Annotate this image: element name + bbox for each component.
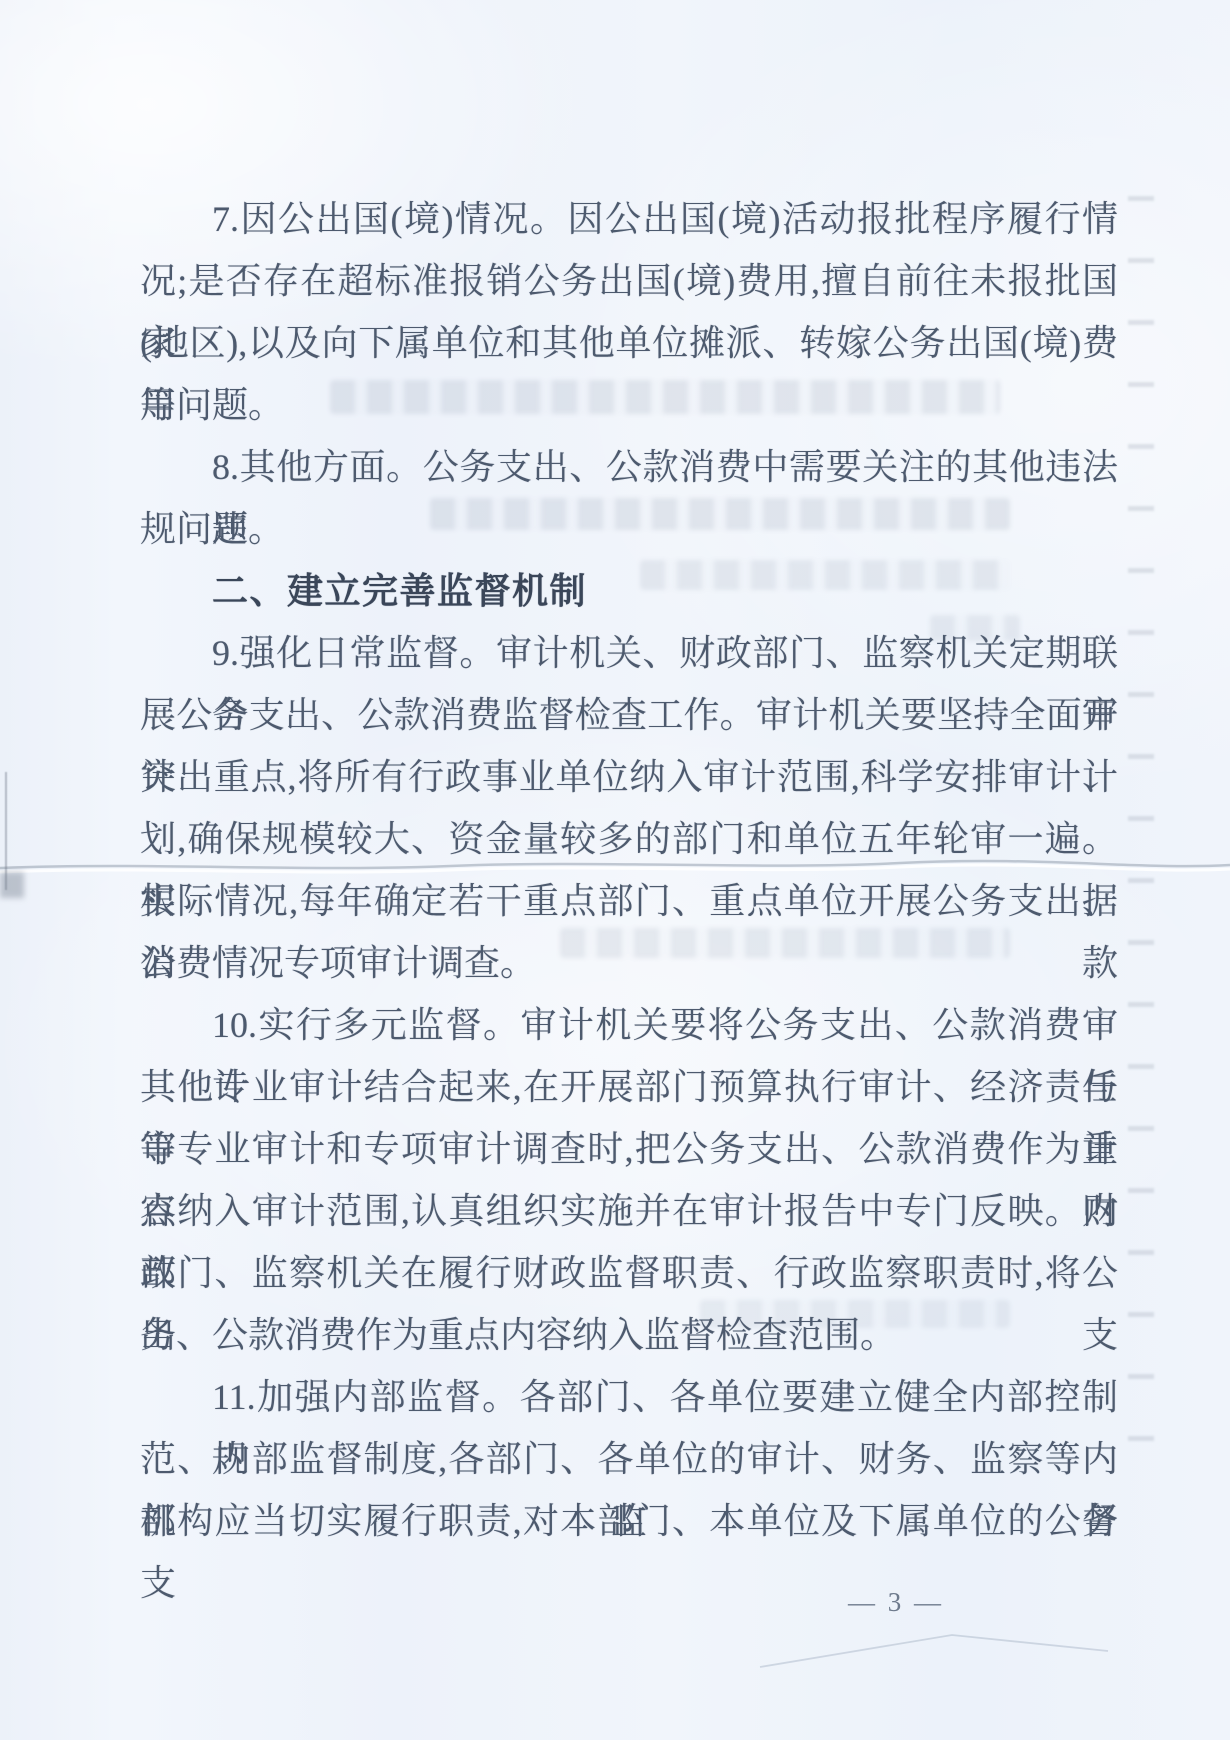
text-line: 11.加强内部监督。各部门、各单位要建立健全内部控制规 [140,1366,1118,1428]
text-line: 其他专业审计结合起来,在开展部门预算执行审计、经济责任审计 [140,1056,1118,1118]
scan-edge-artifact [0,872,24,898]
text-line: 划,确保规模较大、资金量较多的部门和单位五年轮审一遍。根据 [140,808,1118,870]
text-line: 况;是否存在超标准报销公务出国(境)费用,擅自前往未报批国家 [140,250,1118,312]
text-line: 8.其他方面。公务支出、公款消费中需要关注的其他违法违 [140,436,1118,498]
text-line: 机构应当切实履行职责,对本部门、本单位及下属单位的公务支 [140,1490,1118,1552]
section-heading: 二、建立完善监督机制 [140,560,1118,622]
text-line: 7.因公出国(境)情况。因公出国(境)活动报批程序履行情 [140,188,1118,250]
text-line: 等专业审计和专项审计调查时,把公务支出、公款消费作为重点内 [140,1118,1118,1180]
text-line: 9.强化日常监督。审计机关、财政部门、监察机关定期联合开 [140,622,1118,684]
scanned-document-page: 7.因公出国(境)情况。因公出国(境)活动报批程序履行情况;是否存在超标准报销公… [0,0,1230,1740]
text-line: 实际情况,每年确定若干重点部门、重点单位开展公务支出、公款 [140,870,1118,932]
text-line: 突出重点,将所有行政事业单位纳入审计范围,科学安排审计计 [140,746,1118,808]
text-line: 等问题。 [140,374,1118,436]
paper-fold [0,1615,1230,1685]
bleedthrough-margin-marks [1128,196,1154,1466]
text-line: 部门、监察机关在履行财政监督职责、行政监察职责时,将公务支 [140,1242,1118,1304]
text-line: (地区),以及向下属单位和其他单位摊派、转嫁公务出国(境)费用 [140,312,1118,374]
document-body: 7.因公出国(境)情况。因公出国(境)活动报批程序履行情况;是否存在超标准报销公… [140,188,1118,1552]
text-line: 展公务支出、公款消费监督检查工作。审计机关要坚持全面审计、 [140,684,1118,746]
page-number: — 3 — [0,1582,1230,1622]
text-line: 10.实行多元监督。审计机关要将公务支出、公款消费审计与 [140,994,1118,1056]
text-line: 规问题。 [140,498,1118,560]
text-line: 范、内部监督制度,各部门、各单位的审计、财务、监察等内部监督 [140,1428,1118,1490]
text-line: 容纳入审计范围,认真组织实施并在审计报告中专门反映。财政 [140,1180,1118,1242]
